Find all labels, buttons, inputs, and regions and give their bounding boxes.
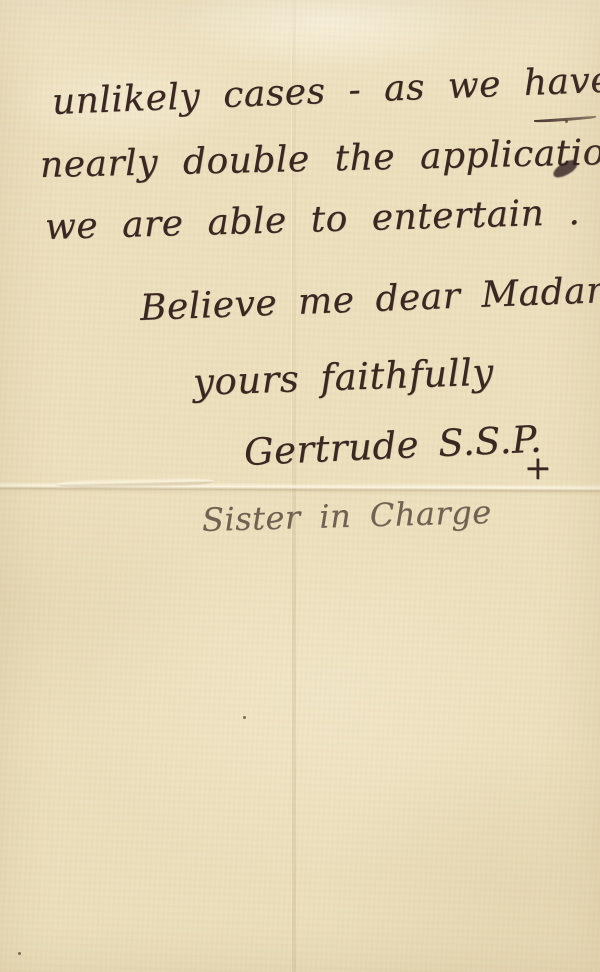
ink-speck <box>18 952 21 955</box>
ink-speck <box>243 716 246 719</box>
role-line-sister-in-charge: Sister in Charge <box>201 493 492 539</box>
letter-body-line-2: nearly double the applications <box>40 131 600 186</box>
closing-line: Believe me dear Madam <box>139 270 600 329</box>
signature-line: Gertrude S.S.P. <box>243 417 543 473</box>
valediction-line: yours faithfully <box>192 351 494 404</box>
letter-body-line-3: we are able to entertain . <box>44 192 580 248</box>
letter-body-line-1: unlikely cases - as we have <box>51 60 600 123</box>
letter-page: unlikely cases - as we have nearly doubl… <box>0 0 600 972</box>
ink-speck <box>565 120 568 123</box>
cross-mark: + <box>524 448 552 487</box>
